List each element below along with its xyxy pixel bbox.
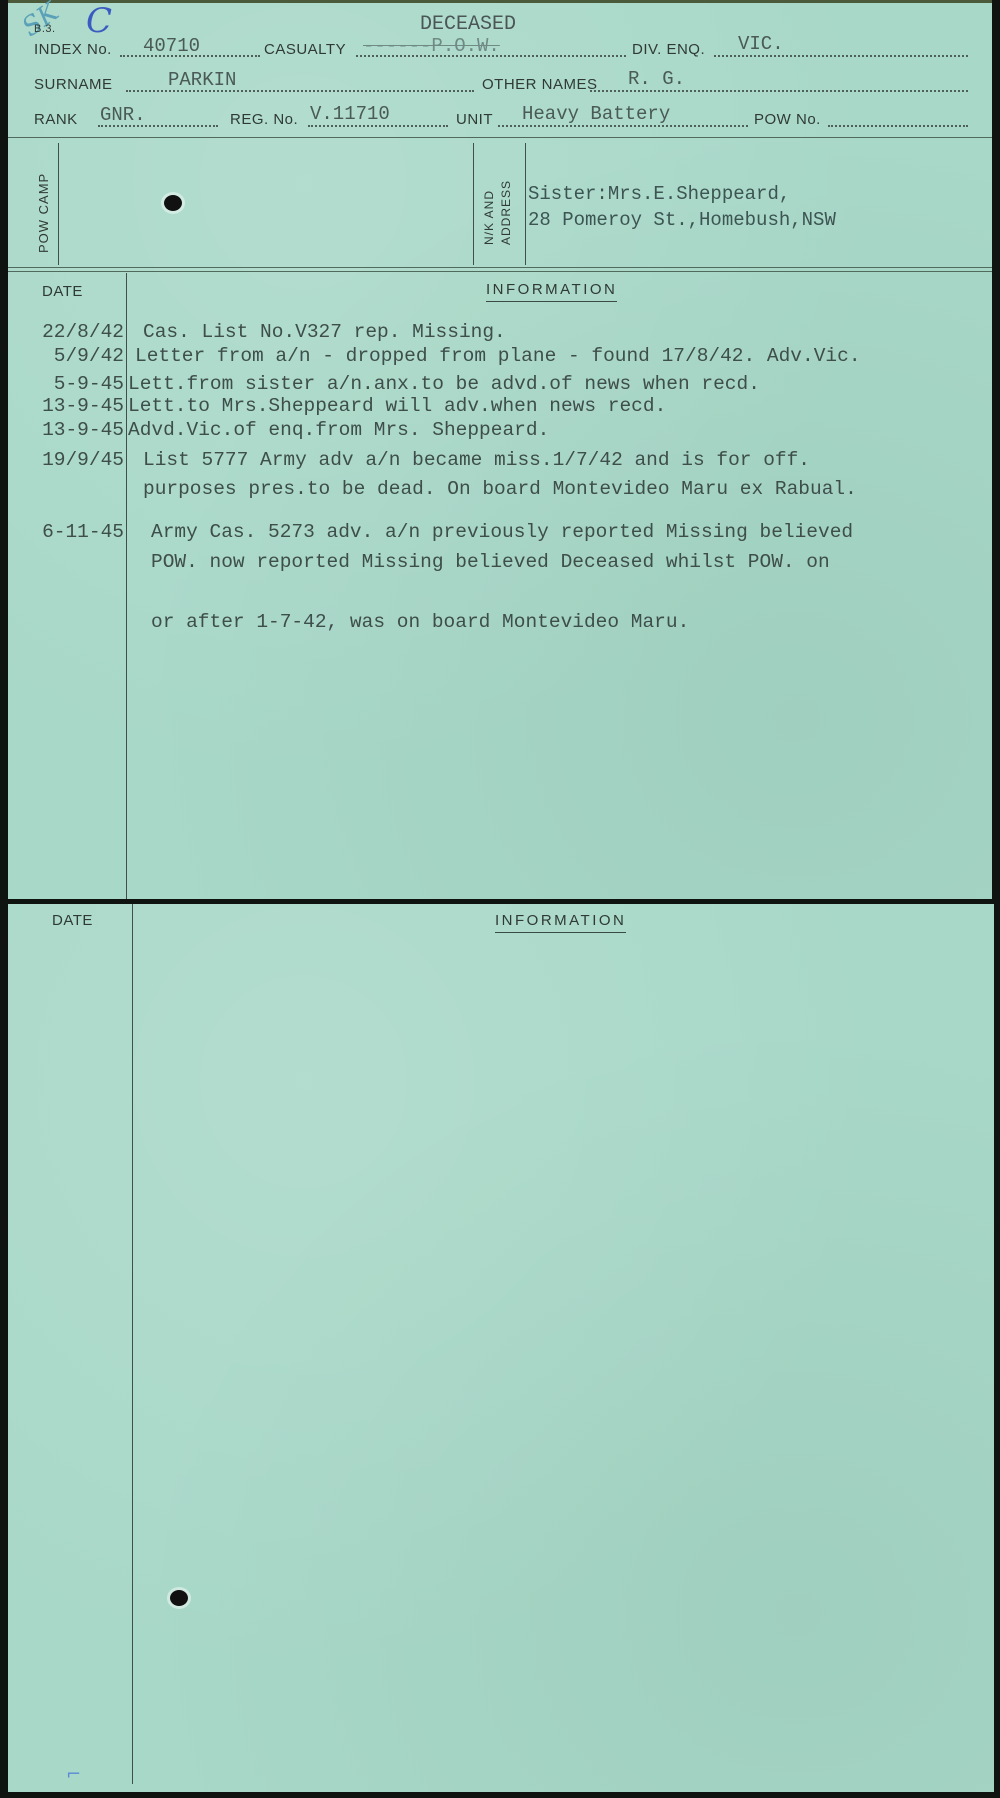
other-names-value: R. G. <box>628 68 685 90</box>
unit-label: UNIT <box>456 111 493 128</box>
date-column-header: DATE <box>42 283 83 300</box>
information-line: Letter from a/n - dropped from plane - f… <box>135 345 861 367</box>
deceased-stamp: DECEASED <box>420 13 516 36</box>
punch-hole <box>164 195 182 211</box>
record-card-back: DATE INFORMATION ⌐ <box>8 904 994 1792</box>
rank-value: GNR. <box>100 104 146 126</box>
reg-no-label: REG. No. <box>230 111 298 128</box>
unit-value: Heavy Battery <box>522 103 670 125</box>
information-line: Lett.from sister a/n.anx.to be advd.of n… <box>128 373 760 395</box>
date-cell: 6-11-45 <box>42 521 124 543</box>
date-cell: 5/9/42 <box>54 345 124 367</box>
date-cell: 5-9-45 <box>54 373 124 395</box>
information-line: Advd.Vic.of enq.from Mrs. Sheppeard. <box>128 419 549 441</box>
information-line: purposes pres.to be dead. On board Monte… <box>143 478 857 500</box>
pow-camp-label: POW CAMP <box>36 173 51 253</box>
nok-line1: Sister:Mrs.E.Sheppeard, <box>528 183 790 205</box>
information-line: or after 1-7-42, was on board Montevideo… <box>151 611 689 633</box>
rank-label: RANK <box>34 111 78 128</box>
date-cell: 13-9-45 <box>42 419 124 441</box>
information-column-header: INFORMATION <box>486 281 617 302</box>
information-line: Cas. List No.V327 rep. Missing. <box>143 321 506 343</box>
casualty-struck-value: ------P.O.W. <box>363 35 500 57</box>
nok-line2: 28 Pomeroy St.,Homebush,NSW <box>528 209 836 231</box>
information-column-header: INFORMATION <box>495 912 626 933</box>
surname-label: SURNAME <box>34 76 113 93</box>
information-line: POW. now reported Missing believed Decea… <box>151 551 830 573</box>
surname-value: PARKIN <box>168 69 236 91</box>
information-line: List 5777 Army adv a/n became miss.1/7/4… <box>143 449 810 471</box>
pow-no-label: POW No. <box>754 111 821 128</box>
div-enq-label: DIV. ENQ. <box>632 41 705 58</box>
information-line: Army Cas. 5273 adv. a/n previously repor… <box>151 521 853 543</box>
div-enq-value: VIC. <box>738 33 784 55</box>
index-no-value: 40710 <box>143 35 200 57</box>
punch-hole <box>170 1590 188 1606</box>
other-names-label: OTHER NAMES <box>482 76 598 93</box>
handwritten-letter: C <box>86 1 112 41</box>
record-card-front: SK B.3. C INDEX No. 40710 CASUALTY -----… <box>8 0 992 899</box>
casualty-label: CASUALTY <box>264 41 346 58</box>
information-line: Lett.to Mrs.Sheppeard will adv.when news… <box>128 395 666 417</box>
reg-no-value: V.11710 <box>310 103 390 125</box>
nok-label-line2: ADDRESS <box>499 180 513 245</box>
ink-mark: ⌐ <box>66 1764 81 1785</box>
date-column-header: DATE <box>52 912 93 929</box>
date-cell: 22/8/42 <box>42 321 124 343</box>
date-cell: 13-9-45 <box>42 395 124 417</box>
index-no-label: INDEX No. <box>34 41 112 58</box>
nok-label-line1: N/K AND <box>482 190 496 245</box>
handwritten-scribble: SK <box>17 0 65 43</box>
stamp-code: B.3. <box>34 23 56 35</box>
date-cell: 19/9/45 <box>42 449 124 471</box>
